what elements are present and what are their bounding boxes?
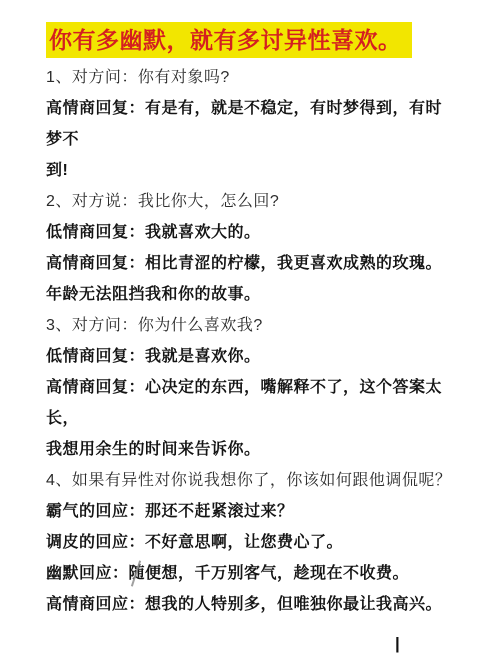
answer-4-4: 高情商回应：想我的人特别多，但唯独你最让我高兴。 (46, 589, 457, 620)
answer-3-1: 低情商回复：我就是喜欢你。 (46, 341, 457, 372)
question-3: 3、对方问：你为什么喜欢我? (46, 310, 457, 341)
document-page: 你有多幽默，就有多讨异性喜欢。 1、对方问：你有对象吗? 高情商回复：有是有，就… (0, 0, 487, 666)
answer-4-3: 幽默回应：随便想，千万别客气，趁现在不收费。 (46, 558, 457, 589)
text-cursor: | (395, 634, 400, 654)
answer-2-1: 低情商回复：我就喜欢大的。 (46, 217, 457, 248)
question-2: 2、对方说：我比你大，怎么回? (46, 186, 457, 217)
answer-3-2: 高情商回复：心决定的东西，嘴解释不了，这个答案太长， 我想用余生的时间来告诉你。 (46, 372, 457, 465)
answer-2-2: 高情商回复：相比青涩的柠檬，我更喜欢成熟的玫瑰。 年龄无法阻挡我和你的故事。 (46, 248, 457, 310)
answer-4-1: 霸气的回应：那还不赶紧滚过来？ (46, 496, 457, 527)
page-title: 你有多幽默，就有多讨异性喜欢。 (46, 22, 412, 58)
question-4: 4、如果有异性对你说我想你了，你该如何跟他调侃呢？ (46, 465, 457, 496)
answer-1-1: 高情商回复：有是有，就是不稳定，有时梦得到，有时梦不 到! (46, 93, 457, 186)
question-1: 1、对方问：你有对象吗? (46, 62, 457, 93)
answer-4-2: 调皮的回应：不好意思啊，让您费心了。 (46, 527, 457, 558)
